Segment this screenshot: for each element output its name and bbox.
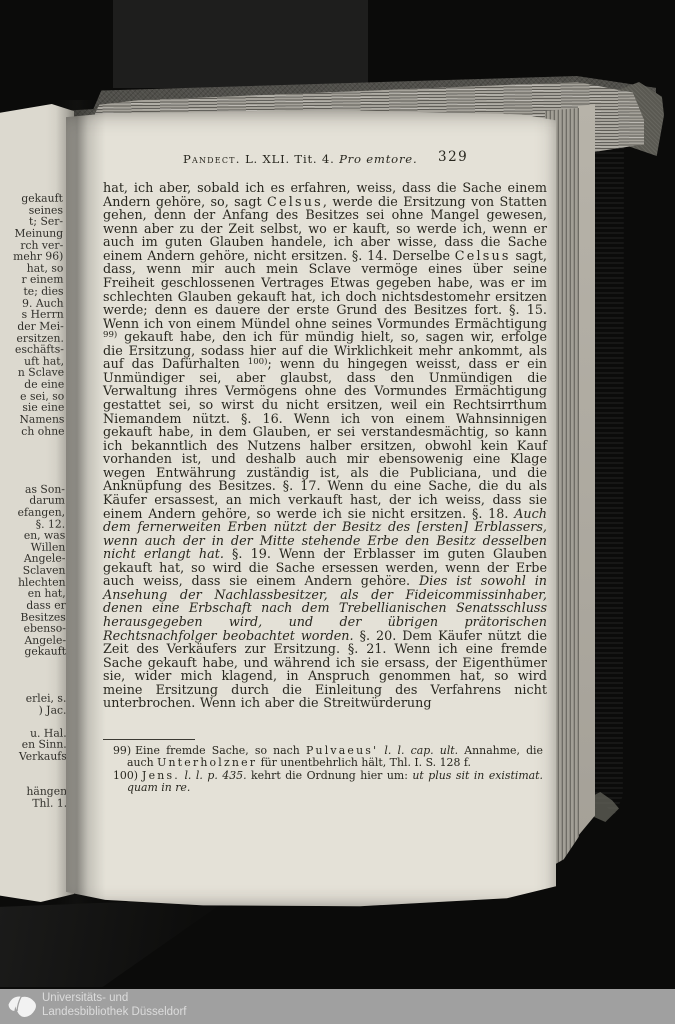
background-table-shadow — [0, 898, 270, 987]
footnote-text: Eine fremde Sache, so nach Pulvaeus' l. … — [127, 744, 543, 769]
background-light-patch — [113, 0, 368, 88]
footnote-text: Jens. l. l. p. 435. kehrt die Ordnung hi… — [127, 769, 543, 794]
library-name-line2: Landesbibliothek Düsseldorf — [42, 1006, 186, 1020]
running-title: Pandect. L. XLI. Tit. 4. Pro emtore. — [183, 152, 417, 166]
ulb-duesseldorf-logo-icon — [4, 991, 40, 1022]
right-page: Pandect. L. XLI. Tit. 4. Pro emtore. 329… — [66, 110, 556, 907]
footnote-99: 99)Eine fremde Sache, so nach Pulvaeus' … — [103, 745, 543, 770]
footnote-separator-rule — [103, 739, 195, 740]
library-name-line1: Universitäts- und — [42, 992, 186, 1006]
body-paragraph: hat, ich aber, sobald ich es erfahren, w… — [103, 182, 547, 711]
book-scan-stage: gekauftseinest; Ser-Meinungrch ver-mehr … — [0, 0, 675, 1024]
page-block-fore-edge-light-band — [578, 104, 595, 836]
page-number: 329 — [438, 149, 468, 165]
library-name: Universitäts- und Landesbibliothek Düsse… — [42, 992, 186, 1019]
book-cover-right-edge — [594, 92, 624, 814]
footnote-marker: 100) — [113, 769, 142, 782]
left-page: gekauftseinest; Ser-Meinungrch ver-mehr … — [0, 104, 74, 902]
footnote-marker: 99) — [113, 744, 135, 757]
left-page-text-fragments: gekauftseinest; Ser-Meinungrch ver-mehr … — [0, 193, 67, 810]
footnote-100: 100)Jens. l. l. p. 435. kehrt die Ordnun… — [103, 770, 543, 795]
library-footer: Universitäts- und Landesbibliothek Düsse… — [0, 989, 675, 1024]
page-header: Pandect. L. XLI. Tit. 4. Pro emtore. 329 — [103, 152, 547, 172]
footnote-area: 99)Eine fremde Sache, so nach Pulvaeus' … — [103, 739, 543, 794]
